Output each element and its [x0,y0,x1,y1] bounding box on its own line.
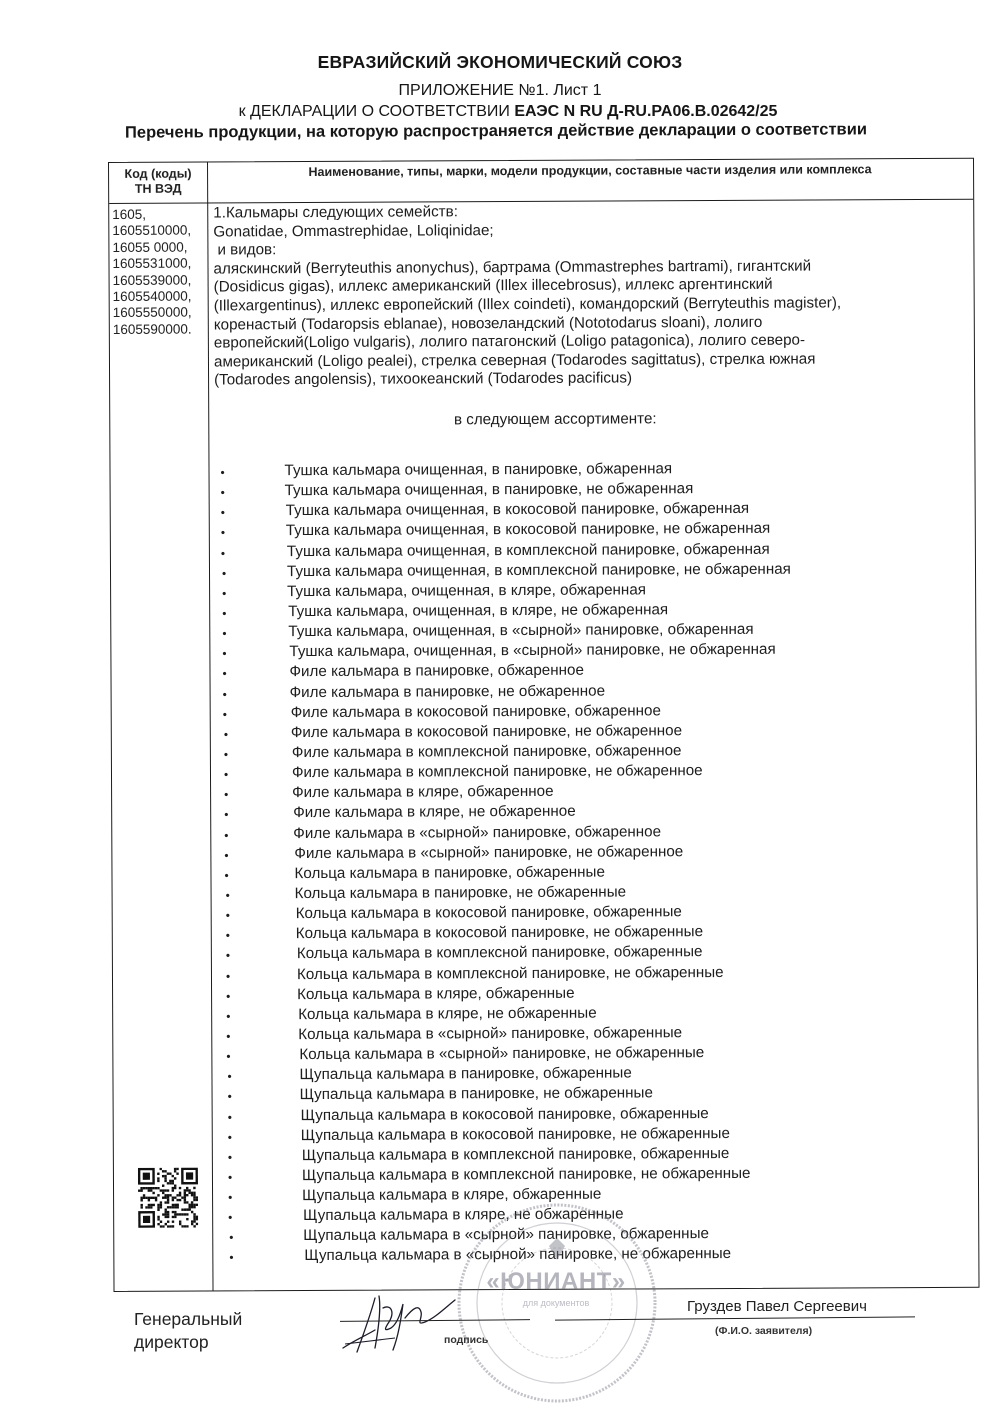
column-header-code: Код (коды) ТН ВЭД [109,167,207,197]
appendix-title: ПРИЛОЖЕНИЕ №1. Лист 1 [0,82,1000,100]
tn-ved-code: 1605539000, [113,272,207,289]
declaration-number: ЕАЭС N RU Д-RU.PA06.B.02642/25 [514,103,777,120]
assortment-item-text: Тушка кальмара очищенная, в панировке, о… [284,460,672,479]
bullet-icon: • [224,788,228,802]
assortment-item-text: Филе кальмара в кокосовой панировке, обж… [291,702,661,721]
assortment-item-text: Тушка кальмара очищенная, в кокосовой па… [286,500,749,519]
declaration-title: к ДЕКЛАРАЦИИ О СООТВЕТСТВИИ ЕАЭС N RU Д-… [8,103,1000,121]
bullet-icon: • [228,1130,232,1144]
assortment-item-text: Кольца кальмара в комплексной панировке,… [297,943,703,962]
assortment-heading: в следующем ассортименте: [214,409,966,431]
assortment-item-text: Кольца кальмара в «сырной» панировке, не… [299,1044,704,1063]
tn-ved-code: 1605540000, [113,289,207,306]
tn-ved-code: 1605531000, [112,256,206,273]
bullet-icon: • [228,1211,232,1225]
bullet-icon: • [228,1190,232,1204]
assortment-item-text: Кольца кальмара в кляре, не обжаренные [298,1004,597,1022]
bullet-icon: • [227,1070,231,1084]
bullet-icon: • [226,949,230,963]
bullet-icon: • [228,1110,232,1124]
bullet-icon: • [226,888,230,902]
column-header-code-line1: Код (коды) [109,167,207,182]
bullet-icon: • [222,606,226,620]
column-header-code-line2: ТН ВЭД [109,182,207,197]
assortment-item-text: Щупальца кальмара в комплексной панировк… [302,1145,730,1164]
bullet-icon: • [223,687,227,701]
assortment-item-text: Кольца кальмара в кокосовой панировке, н… [296,923,703,942]
bullet-icon: • [224,727,228,741]
bullet-icon: • [221,506,225,520]
tn-ved-codes: 1605,1605510000,16055 0000,1605531000,16… [112,207,207,339]
stamp-subtext: для документов [476,1298,636,1308]
assortment-item-text: Филе кальмара в кляре, не обжаренное [293,803,576,821]
product-list-title: Перечень продукции, на которую распростр… [0,120,996,143]
assortment-item-text: Филе кальмара в комплексной панировке, н… [292,762,703,781]
assortment-list: •Тушка кальмара очищенная, в панировке, … [214,459,970,1268]
bullet-icon: • [228,1090,232,1104]
assortment-item-text: Щупальца кальмара в кокосовой панировке,… [301,1125,730,1144]
product-table: Код (коды) ТН ВЭД Наименование, типы, ма… [108,158,980,1292]
assortment-item-text: Тушка кальмара, очищенная, в кляре, обжа… [287,581,646,600]
signature-label: подпись [444,1334,488,1346]
assortment-item-text: Кольца кальмара в кляре, обжаренные [297,984,575,1002]
bullet-icon: • [224,808,228,822]
bullet-icon: • [223,707,227,721]
union-title: ЕВРАЗИЙСКИЙ ЭКОНОМИЧЕСКИЙ СОЮЗ [0,52,1000,73]
tn-ved-code: 1605, [112,207,206,224]
column-divider [207,163,214,1291]
bullet-icon: • [224,747,228,761]
signer-position: Генеральный директор [134,1308,242,1354]
bullet-icon: • [224,828,228,842]
bullet-icon: • [220,465,224,479]
assortment-item-text: Филе кальмара в кокосовой панировке, не … [291,722,682,741]
assortment-item-text: Филе кальмара в кляре, обжаренное [292,783,554,801]
bullet-icon: • [226,929,230,943]
assortment-item-text: Щупальца кальмара в панировке, обжаренны… [299,1065,631,1084]
assortment-item-text: Кольца кальмара в панировке, обжаренные [294,863,604,882]
bullet-icon: • [222,647,226,661]
product-description: 1.Кальмары следующих семейств:Gonatidae,… [213,201,966,449]
bullet-icon: • [226,909,230,923]
assortment-item-text: Тушка кальмара очищенная, в комплексной … [287,560,791,579]
assortment-item-text: Филе кальмара в «сырной» панировке, обжа… [293,823,661,842]
position-line1: Генеральный [134,1308,242,1331]
bullet-icon: • [226,989,230,1003]
bullet-icon: • [229,1251,233,1265]
bullet-icon: • [226,969,230,983]
qr-code-icon[interactable] [138,1168,198,1228]
assortment-item-text: Филе кальмара в панировке, не обжаренное [290,682,606,701]
bullet-icon: • [221,546,225,560]
assortment-item-text: Кольца кальмара в кокосовой панировке, о… [296,903,682,922]
bullet-icon: • [224,768,228,782]
stamp-text: «ЮНИАНТ» [476,1268,636,1296]
assortment-item-text: Кольца кальмара в панировке, не обжаренн… [295,883,627,902]
assortment-item-text: Тушка кальмара очищенная, в кокосовой па… [286,520,771,539]
assortment-item-text: Кольца кальмара в «сырной» панировке, об… [298,1024,682,1043]
bullet-icon: • [222,566,226,580]
bullet-icon: • [226,1049,230,1063]
bullet-icon: • [228,1170,232,1184]
bullet-icon: • [224,848,228,862]
tn-ved-code: 16055 0000, [112,239,206,256]
bullet-icon: • [226,1029,230,1043]
bullet-icon: • [221,526,225,540]
assortment-item-text: Тушка кальмара очищенная, в панировке, н… [285,480,694,499]
bullet-icon: • [222,627,226,641]
bullet-icon: • [222,586,226,600]
bullet-icon: • [229,1231,233,1245]
column-header-name: Наименование, типы, марки, модели продук… [207,162,973,180]
assortment-item-text: Щупальца кальмара в панировке, не обжаре… [300,1085,653,1104]
assortment-item-text: Кольца кальмара в комплексной панировке,… [297,964,724,983]
position-line2: директор [134,1331,242,1354]
tn-ved-code: 1605590000. [113,321,207,338]
assortment-item-text: Щупальца кальмара в кокосовой панировке,… [301,1105,709,1124]
declaration-prefix: к ДЕКЛАРАЦИИ О СООТВЕТСТВИИ [239,103,515,120]
assortment-item-text: Щупальца кальмара в комплексной панировк… [302,1165,751,1184]
assortment-item-text: Тушка кальмара очищенная, в комплексной … [287,540,770,559]
applicant-name: Груздев Павел Сергеевич [687,1298,867,1315]
assortment-item-text: Филе кальмара в комплексной панировке, о… [292,742,682,761]
bullet-icon: • [221,486,225,500]
description-line: (Todarodes angolensis), тихоокеанский (T… [214,368,966,390]
assortment-item-text: Тушка кальмара, очищенная, в кляре, не о… [288,601,668,620]
signature-icon [335,1278,475,1358]
bullet-icon: • [222,667,226,681]
applicant-label: (Ф.И.О. заявителя) [715,1325,812,1337]
assortment-item-text: Филе кальмара в панировке, обжаренное [289,662,583,680]
bullet-icon: • [228,1150,232,1164]
assortment-item-text: Филе кальмара в «сырной» панировке, не о… [294,843,683,862]
bullet-icon: • [224,868,228,882]
tn-ved-code: 1605510000, [112,223,206,240]
assortment-item-text: Тушка кальмара, очищенная, в «сырной» па… [289,641,775,660]
assortment-item-text: Тушка кальмара, очищенная, в «сырной» па… [288,621,753,640]
tn-ved-code: 1605550000, [113,305,207,322]
bullet-icon: • [226,1009,230,1023]
